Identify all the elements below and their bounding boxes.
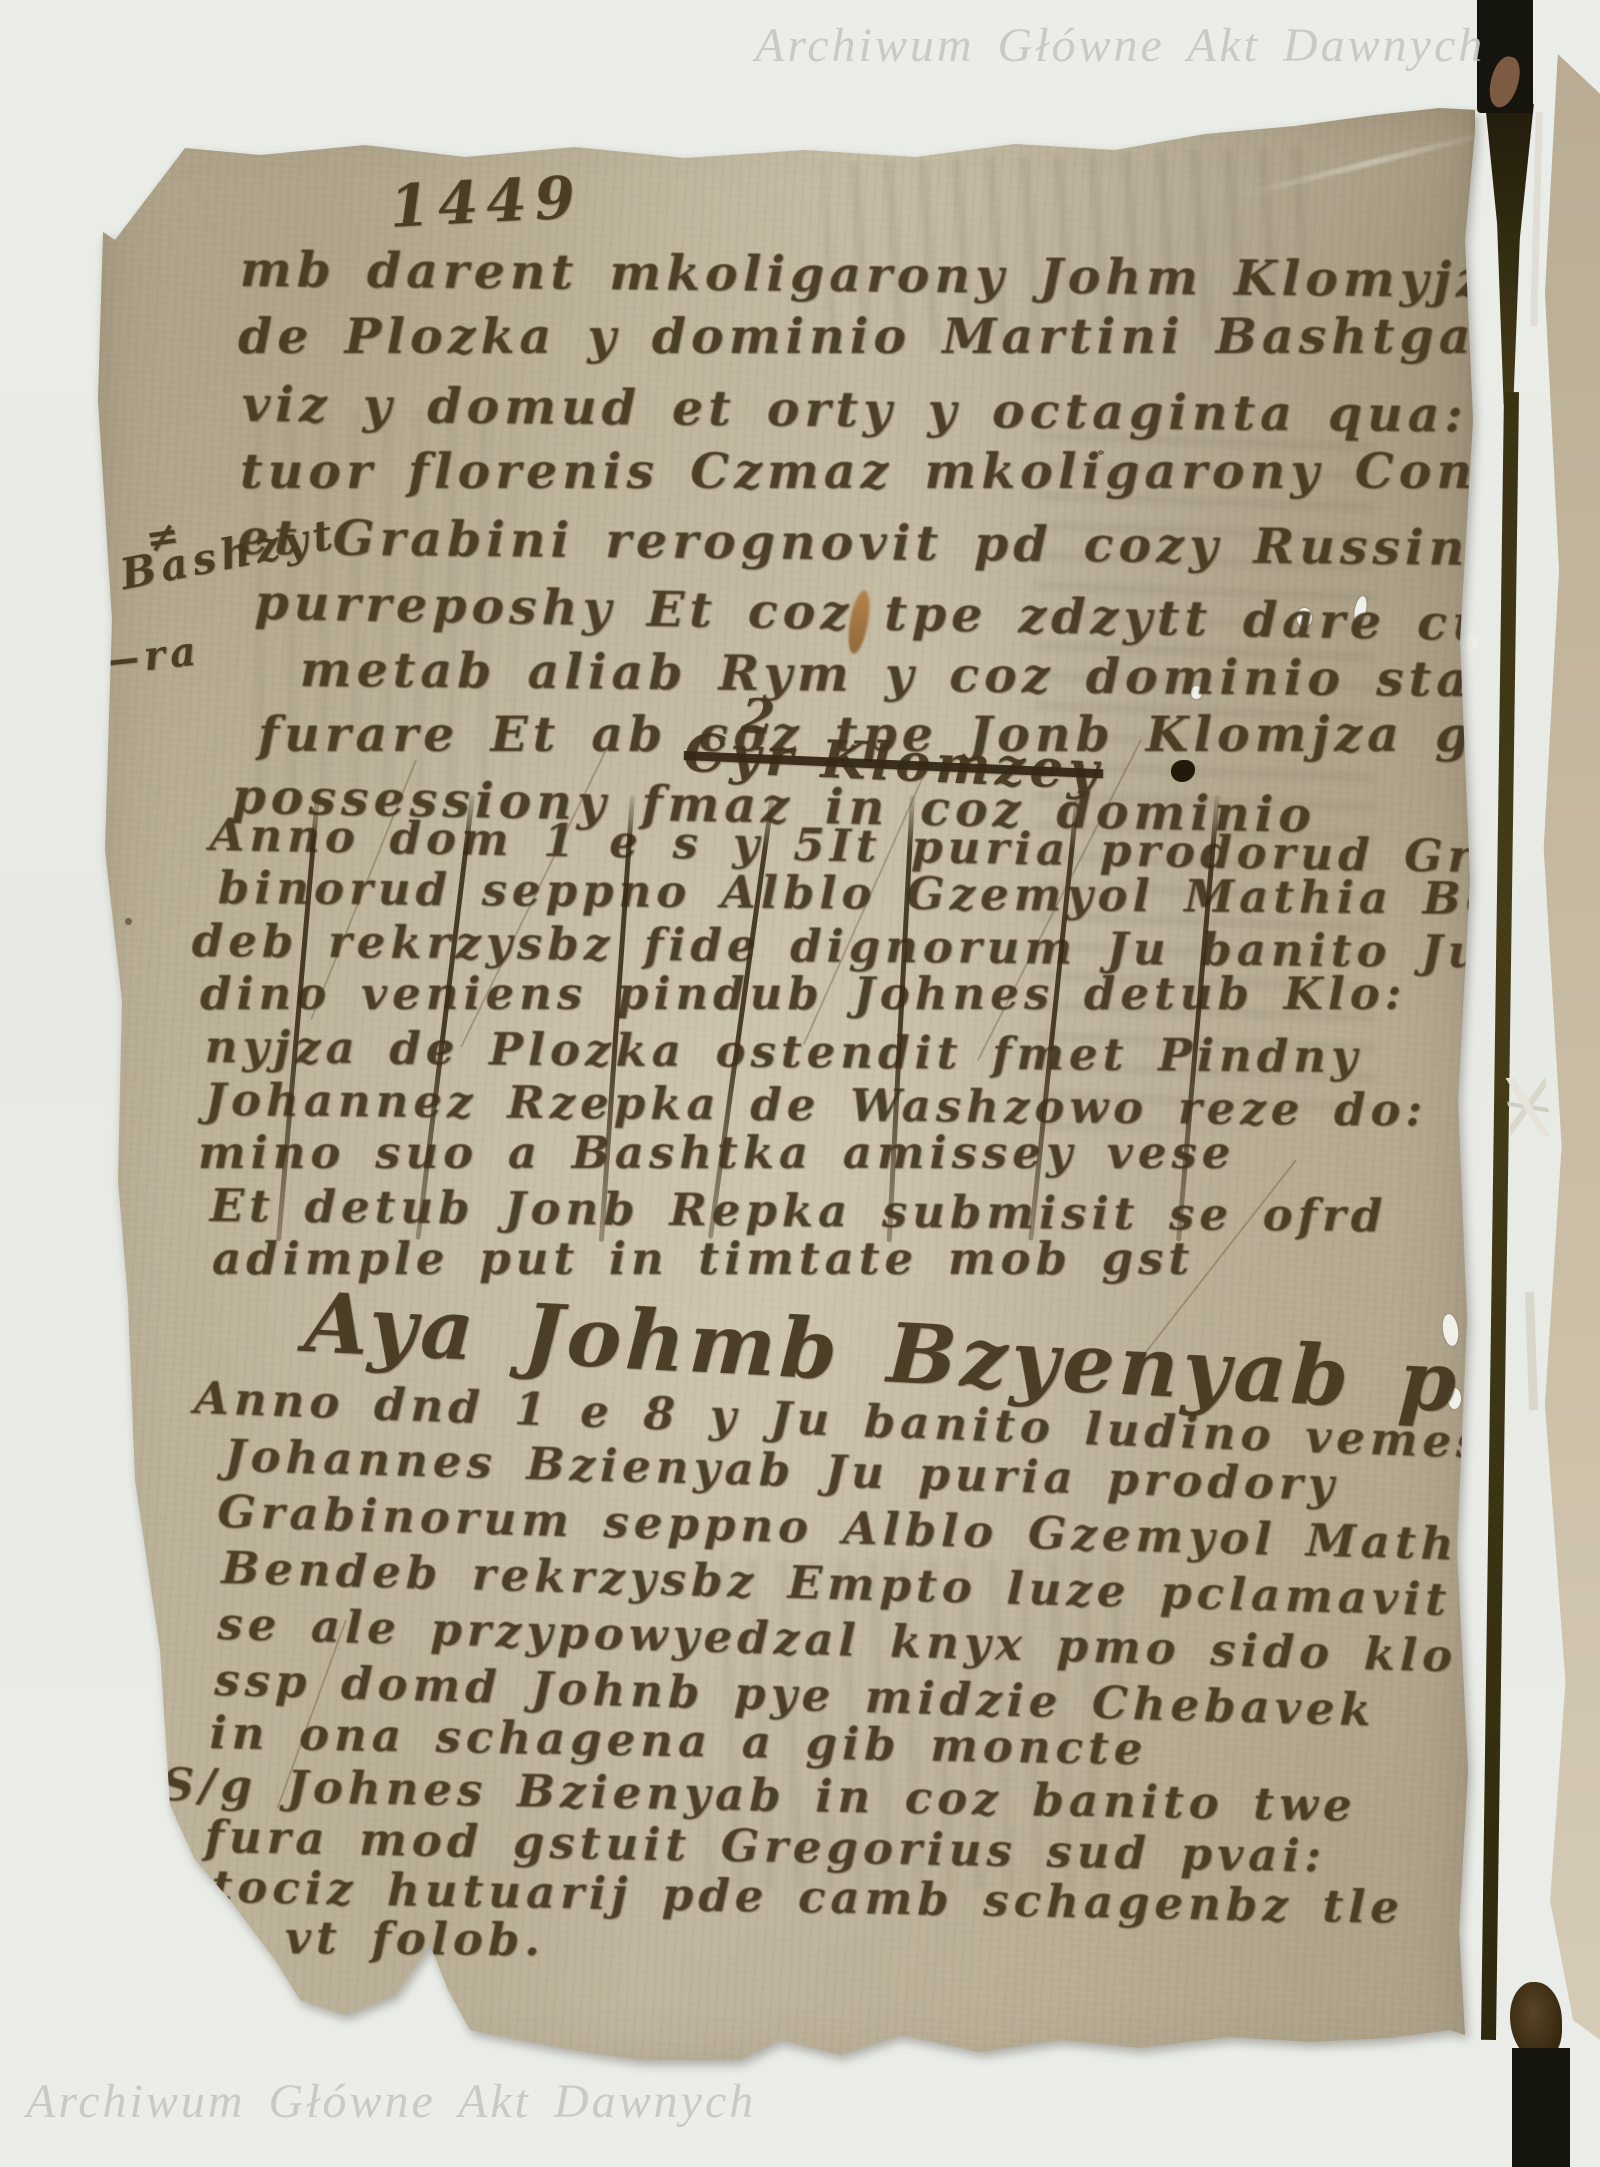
manuscript-line: tuor florenis Czmaz mkoligarony Consules [240, 447, 1600, 496]
manuscript-line: de Plozka y dominio Martini Bashtga [238, 312, 1476, 361]
binding-stitch-thread [1505, 1074, 1551, 1140]
margin-note-continuation: —ra [97, 631, 203, 681]
binding-strip-bottom [1512, 2048, 1570, 2167]
torn-paper-highlight [1525, 1292, 1538, 1410]
manuscript-line: viz y domud et orty y octaginta qua: [242, 380, 1468, 440]
torn-paper-highlight [1530, 112, 1543, 326]
manuscript-page: 1449 ≠ Bashzyt —ra mb darent mkoligarony… [85, 100, 1475, 2085]
fold-crease [1238, 127, 1501, 198]
manuscript-line: dino veniens pindub Johnes detub Klo: [200, 971, 1406, 1016]
archive-scan: Archiwum Główne Akt Dawnych Archiwum Głó… [0, 0, 1600, 2167]
manuscript-page-wrap: 1449 ≠ Bashzyt —ra mb darent mkoligarony… [85, 100, 1475, 2085]
manuscript-line: nyjza de Plozka ostendit fmet Pindny [205, 1024, 1363, 1079]
ink-speck [125, 918, 132, 925]
manuscript-line: vt folob. [285, 1915, 546, 1962]
manuscript-line: adimple put in timtate mob gst [212, 1236, 1194, 1281]
gutter-fold-line [1481, 392, 1519, 2040]
manuscript-line: Johannez Rzepka de Washzowo reze do: [205, 1077, 1428, 1133]
manuscript-line: et Grabini rerognovit pd cozy Russinb [238, 513, 1509, 573]
manuscript-line: Et detub Jonb Repka submisit se ofrd [210, 1183, 1388, 1238]
ink-blot [1171, 760, 1195, 782]
manuscript-line: metab aliab Rym y coz dominio stare [300, 645, 1541, 705]
next-page-edge [1536, 54, 1600, 2040]
gutter-shadow-upper [1482, 104, 1536, 404]
year-annotation: 1449 [388, 168, 584, 236]
archive-watermark-top: Archiwum Główne Akt Dawnych [755, 22, 1485, 70]
manuscript-line: mb darent mkoligarony Johm Klomyjza [240, 245, 1526, 305]
archive-watermark-bottom: Archiwum Główne Akt Dawnych [26, 2078, 756, 2126]
